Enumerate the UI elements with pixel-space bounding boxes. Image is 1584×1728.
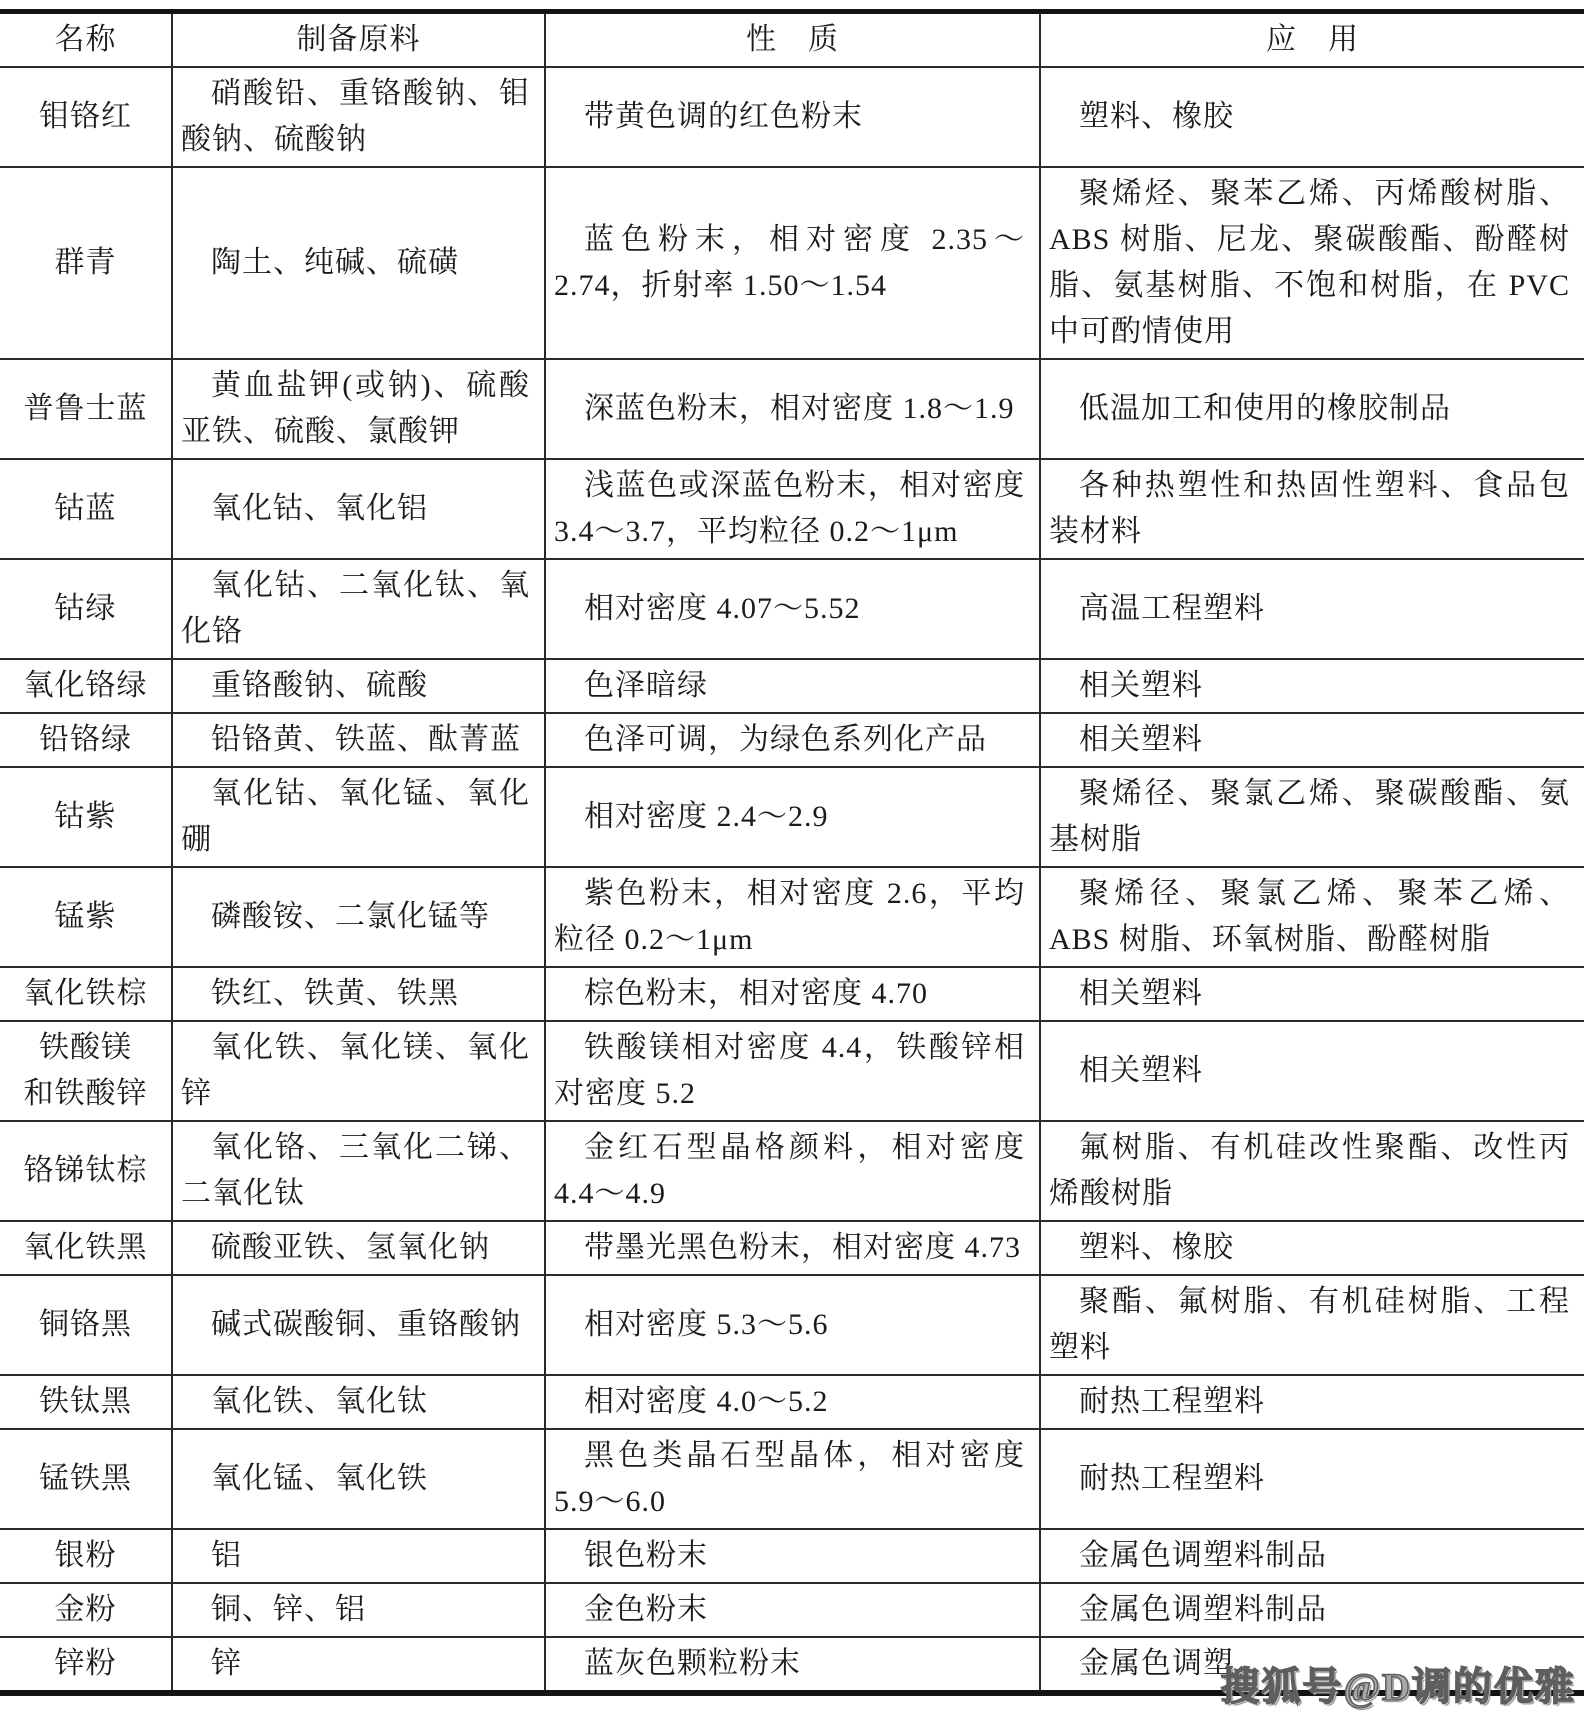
table-cell: 金色粉末 — [545, 1583, 1040, 1637]
table-cell: 带墨光黑色粉末，相对密度 4.73 — [545, 1221, 1040, 1275]
table-cell: 蓝灰色颗粒粉末 — [545, 1637, 1040, 1693]
table-cell: 锌 — [172, 1637, 545, 1693]
pigment-name-cell: 氧化铬绿 — [0, 659, 172, 713]
table-row: 氧化铁黑硫酸亚铁、氢氧化钠带墨光黑色粉末，相对密度 4.73塑料、橡胶 — [0, 1221, 1584, 1275]
header-cell-raw-materials: 制备原料 — [172, 12, 545, 68]
pigments-table: 名称 制备原料 性 质 应 用 钼铬红硝酸铅、重铬酸钠、钼酸钠、硫酸钠带黄色调的… — [0, 9, 1584, 1696]
table-cell: 聚烯烃、聚苯乙烯、丙烯酸树脂、ABS 树脂、尼龙、聚碳酸酯、酚醛树脂、氨基树脂、… — [1040, 167, 1584, 359]
table-row: 金粉铜、锌、铝金色粉末金属色调塑料制品 — [0, 1583, 1584, 1637]
table-cell: 氧化钴、氧化铝 — [172, 459, 545, 559]
table-cell: 相对密度 4.0～5.2 — [545, 1375, 1040, 1429]
table-cell: 相对密度 2.4～2.9 — [545, 767, 1040, 867]
table-cell: 黑色类晶石型晶体，相对密度 5.9～6.0 — [545, 1429, 1040, 1529]
table-cell: 硫酸亚铁、氢氧化钠 — [172, 1221, 545, 1275]
table-cell: 陶土、纯碱、硫磺 — [172, 167, 545, 359]
table-row: 氧化铬绿重铬酸钠、硫酸色泽暗绿相关塑料 — [0, 659, 1584, 713]
table-cell: 金红石型晶格颜料，相对密度 4.4～4.9 — [545, 1121, 1040, 1221]
pigment-name-cell: 钴蓝 — [0, 459, 172, 559]
table-cell: 塑料、橡胶 — [1040, 1221, 1584, 1275]
table-cell: 氧化锰、氧化铁 — [172, 1429, 545, 1529]
pigment-name-cell: 普鲁士蓝 — [0, 359, 172, 459]
pigment-name-cell: 钴绿 — [0, 559, 172, 659]
table-cell: 氧化铁、氧化钛 — [172, 1375, 545, 1429]
table-cell: 紫色粉末，相对密度 2.6，平均粒径 0.2～1μm — [545, 867, 1040, 967]
table-cell: 耐热工程塑料 — [1040, 1429, 1584, 1529]
table-cell: 相对密度 5.3～5.6 — [545, 1275, 1040, 1375]
table-cell: 铁红、铁黄、铁黑 — [172, 967, 545, 1021]
table-row: 钴蓝氧化钴、氧化铝浅蓝色或深蓝色粉末，相对密度 3.4～3.7，平均粒径 0.2… — [0, 459, 1584, 559]
table-row: 锰铁黑氧化锰、氧化铁黑色类晶石型晶体，相对密度 5.9～6.0耐热工程塑料 — [0, 1429, 1584, 1529]
pigment-name-cell: 氧化铁棕 — [0, 967, 172, 1021]
table-cell: 金属色调塑料制品 — [1040, 1583, 1584, 1637]
table-cell: 铅铬黄、铁蓝、酞菁蓝 — [172, 713, 545, 767]
table-row: 普鲁士蓝黄血盐钾(或钠)、硫酸亚铁、硫酸、氯酸钾深蓝色粉末，相对密度 1.8～1… — [0, 359, 1584, 459]
table-row: 铜铬黑碱式碳酸铜、重铬酸钠相对密度 5.3～5.6聚酯、氟树脂、有机硅树脂、工程… — [0, 1275, 1584, 1375]
table-cell: 各种热塑性和热固性塑料、食品包装材料 — [1040, 459, 1584, 559]
header-cell-name: 名称 — [0, 12, 172, 68]
table-row: 钴紫氧化钴、氧化锰、氧化硼相对密度 2.4～2.9聚烯径、聚氯乙烯、聚碳酸酯、氨… — [0, 767, 1584, 867]
pigment-name-cell: 群青 — [0, 167, 172, 359]
pigment-name-cell: 银粉 — [0, 1529, 172, 1583]
pigment-name-cell: 锰铁黑 — [0, 1429, 172, 1529]
table-cell: 聚烯径、聚氯乙烯、聚碳酸酯、氨基树脂 — [1040, 767, 1584, 867]
table-row: 锰紫磷酸铵、二氯化锰等紫色粉末，相对密度 2.6，平均粒径 0.2～1μm聚烯径… — [0, 867, 1584, 967]
pigment-name-cell: 铁钛黑 — [0, 1375, 172, 1429]
table-cell: 蓝色粉末，相对密度 2.35～2.74，折射率 1.50～1.54 — [545, 167, 1040, 359]
table-cell: 色泽可调，为绿色系列化产品 — [545, 713, 1040, 767]
pigment-name-cell: 铅铬绿 — [0, 713, 172, 767]
table-cell: 高温工程塑料 — [1040, 559, 1584, 659]
pigment-name-cell: 铁酸镁 和铁酸锌 — [0, 1021, 172, 1121]
table-body: 钼铬红硝酸铅、重铬酸钠、钼酸钠、硫酸钠带黄色调的红色粉末塑料、橡胶群青陶土、纯碱… — [0, 67, 1584, 1693]
table-cell: 深蓝色粉末，相对密度 1.8～1.9 — [545, 359, 1040, 459]
table-cell: 带黄色调的红色粉末 — [545, 67, 1040, 167]
table-cell: 氧化钴、二氧化钛、氧化铬 — [172, 559, 545, 659]
table-cell: 黄血盐钾(或钠)、硫酸亚铁、硫酸、氯酸钾 — [172, 359, 545, 459]
table-cell: 相关塑料 — [1040, 967, 1584, 1021]
table-row: 铁钛黑氧化铁、氧化钛相对密度 4.0～5.2耐热工程塑料 — [0, 1375, 1584, 1429]
table-cell: 银色粉末 — [545, 1529, 1040, 1583]
table-cell: 浅蓝色或深蓝色粉末，相对密度 3.4～3.7，平均粒径 0.2～1μm — [545, 459, 1040, 559]
table-row: 铁酸镁 和铁酸锌氧化铁、氧化镁、氧化锌铁酸镁相对密度 4.4，铁酸锌相对密度 5… — [0, 1021, 1584, 1121]
table-cell: 金属色调塑料制品 — [1040, 1529, 1584, 1583]
table-cell: 塑料、橡胶 — [1040, 67, 1584, 167]
table-cell: 聚烯径、聚氯乙烯、聚苯乙烯、ABS 树脂、环氧树脂、酚醛树脂 — [1040, 867, 1584, 967]
table-row: 铬锑钛棕氧化铬、三氧化二锑、二氧化钛金红石型晶格颜料，相对密度 4.4～4.9氟… — [0, 1121, 1584, 1221]
pigment-name-cell: 氧化铁黑 — [0, 1221, 172, 1275]
table-cell: 铝 — [172, 1529, 545, 1583]
header-cell-applications: 应 用 — [1040, 12, 1584, 68]
header-cell-properties: 性 质 — [545, 12, 1040, 68]
table-row: 钼铬红硝酸铅、重铬酸钠、钼酸钠、硫酸钠带黄色调的红色粉末塑料、橡胶 — [0, 67, 1584, 167]
table-cell: 重铬酸钠、硫酸 — [172, 659, 545, 713]
table-row: 银粉铝银色粉末金属色调塑料制品 — [0, 1529, 1584, 1583]
table-cell: 色泽暗绿 — [545, 659, 1040, 713]
table-cell: 磷酸铵、二氯化锰等 — [172, 867, 545, 967]
table-cell: 铁酸镁相对密度 4.4，铁酸锌相对密度 5.2 — [545, 1021, 1040, 1121]
pigment-table-page: 名称 制备原料 性 质 应 用 钼铬红硝酸铅、重铬酸钠、钼酸钠、硫酸钠带黄色调的… — [0, 0, 1584, 1696]
table-cell: 氧化铬、三氧化二锑、二氧化钛 — [172, 1121, 545, 1221]
pigment-name-cell: 锰紫 — [0, 867, 172, 967]
table-cell: 棕色粉末，相对密度 4.70 — [545, 967, 1040, 1021]
pigment-name-cell: 钼铬红 — [0, 67, 172, 167]
pigment-name-cell: 铬锑钛棕 — [0, 1121, 172, 1221]
table-cell: 铜、锌、铝 — [172, 1583, 545, 1637]
table-cell: 耐热工程塑料 — [1040, 1375, 1584, 1429]
table-cell: 聚酯、氟树脂、有机硅树脂、工程塑料 — [1040, 1275, 1584, 1375]
pigment-name-cell: 金粉 — [0, 1583, 172, 1637]
table-cell: 氧化钴、氧化锰、氧化硼 — [172, 767, 545, 867]
table-cell: 相对密度 4.07～5.52 — [545, 559, 1040, 659]
table-cell: 硝酸铅、重铬酸钠、钼酸钠、硫酸钠 — [172, 67, 545, 167]
pigment-name-cell: 钴紫 — [0, 767, 172, 867]
table-cell: 碱式碳酸铜、重铬酸钠 — [172, 1275, 545, 1375]
table-cell: 氧化铁、氧化镁、氧化锌 — [172, 1021, 545, 1121]
watermark-text: 搜狐号@D调的优雅 — [1221, 1656, 1576, 1712]
table-cell: 氟树脂、有机硅改性聚酯、改性丙烯酸树脂 — [1040, 1121, 1584, 1221]
table-cell: 相关塑料 — [1040, 1021, 1584, 1121]
table-row: 铅铬绿铅铬黄、铁蓝、酞菁蓝色泽可调，为绿色系列化产品相关塑料 — [0, 713, 1584, 767]
pigment-name-cell: 铜铬黑 — [0, 1275, 172, 1375]
table-cell: 相关塑料 — [1040, 659, 1584, 713]
header-row: 名称 制备原料 性 质 应 用 — [0, 12, 1584, 68]
table-row: 钴绿氧化钴、二氧化钛、氧化铬相对密度 4.07～5.52高温工程塑料 — [0, 559, 1584, 659]
pigment-name-cell: 锌粉 — [0, 1637, 172, 1693]
table-header: 名称 制备原料 性 质 应 用 — [0, 12, 1584, 68]
table-cell: 低温加工和使用的橡胶制品 — [1040, 359, 1584, 459]
table-cell: 相关塑料 — [1040, 713, 1584, 767]
table-row: 群青陶土、纯碱、硫磺蓝色粉末，相对密度 2.35～2.74，折射率 1.50～1… — [0, 167, 1584, 359]
table-row: 氧化铁棕铁红、铁黄、铁黑棕色粉末，相对密度 4.70相关塑料 — [0, 967, 1584, 1021]
